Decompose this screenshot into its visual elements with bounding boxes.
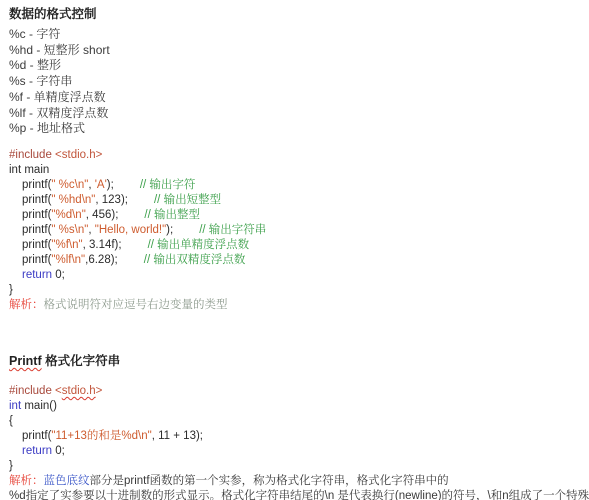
analysis-label: 解析： (9, 475, 44, 487)
analysis-line-3: %d指定了实参要以十进制数的形式显示。格式化字符串结尾的\n 是代表换行(new… (9, 489, 589, 500)
code-token-keyword: return (22, 445, 52, 457)
code-token-plain: } (9, 460, 13, 472)
code-token-plain: printf( (22, 239, 51, 251)
code-token-plain: printf( (22, 224, 51, 236)
format-spec-item: %d - 整形 (9, 58, 589, 74)
analysis-line-2: 解析：蓝色底纹部分是printf函数的第一个实参，称为格式化字符串，格式化字符串… (9, 474, 589, 489)
analysis-text: 格式说明符对应逗号右边变量的类型 (44, 299, 228, 311)
code-line: printf("%f\n", 3.14f);// 输出单精度浮点数 (9, 238, 589, 253)
code-token-plain: ); (107, 179, 114, 191)
code-token-string: "%f\n" (51, 239, 82, 251)
document-page: 数据的格式控制 %c - 字符%hd - 短整形 short%d - 整形%s … (0, 0, 589, 500)
code-token-string: " %c\n" (51, 179, 88, 191)
section-data-format-control: 数据的格式控制 %c - 字符%hd - 短整形 short%d - 整形%s … (9, 6, 589, 313)
format-spec-item: %s - 字符串 (9, 74, 589, 90)
code-line: #include <stdio.h> (9, 148, 589, 163)
code-token-keyword: return (22, 269, 52, 281)
code-token-plain: , 3.14f); (83, 239, 122, 251)
code-token-string: " %s\n" (51, 224, 88, 236)
code-token-string: " %hd\n" (51, 194, 95, 206)
code-block-1: #include <stdio.h>int mainprintf(" %c\n"… (9, 148, 589, 298)
code-line: #include <stdio.h> (9, 384, 589, 399)
code-line: { (9, 414, 589, 429)
code-token-string: "11+13的和是%d\n" (51, 430, 151, 442)
section2-title-en: Printf (9, 354, 42, 368)
code-token-plain: 0; (52, 445, 65, 457)
code-token-comment: // 输出双精度浮点数 (144, 254, 246, 266)
format-spec-item: %f - 单精度浮点数 (9, 90, 589, 106)
code-token-plain: printf( (22, 179, 51, 191)
format-specifier-list: %c - 字符%hd - 短整形 short%d - 整形%s - 字符串%f … (9, 27, 589, 137)
code-token-comment: // 输出字符串 (199, 224, 266, 236)
code-token-directive: #include (9, 385, 55, 397)
code-token-plain: } (9, 284, 13, 296)
code-token-directive: #include (9, 149, 55, 161)
code-token-plain: printf( (22, 430, 51, 442)
code-token-header: <stdio.h> (55, 149, 102, 161)
code-line: int main() (9, 399, 589, 414)
code-token-comment: // 输出整型 (144, 209, 200, 221)
format-spec-item: %hd - 短整形 short (9, 43, 589, 59)
format-spec-item: %p - 地址格式 (9, 121, 589, 137)
code-line: printf("%lf\n",6.28);// 输出双精度浮点数 (9, 253, 589, 268)
code-token-plain: 0; (52, 269, 65, 281)
code-token-plain: { (9, 415, 13, 427)
code-token-plain: , 123); (95, 194, 128, 206)
code-token-string: "%lf\n" (51, 254, 85, 266)
code-line: return 0; (9, 268, 589, 283)
code-token-string: 'A' (95, 179, 107, 191)
code-token-plain: printf( (22, 254, 51, 266)
analysis-line-1: 解析：格式说明符对应逗号右边变量的类型 (9, 298, 589, 313)
code-token-plain: printf( (22, 194, 51, 206)
code-token-header: > (96, 385, 103, 397)
code-line: return 0; (9, 444, 589, 459)
code-token-string: "Hello, world!" (95, 224, 166, 236)
code-token-keyword: int (9, 400, 21, 412)
code-token-plain: ,6.28); (85, 254, 118, 266)
analysis-text: 部分是printf函数的第一个实参，称为格式化字符串，格式化字符串中的 (90, 475, 449, 487)
section2-title: Printf 格式化字符串 (9, 353, 589, 369)
code-token-plain: printf( (22, 209, 51, 221)
code-line: printf("%d\n", 456);// 输出整型 (9, 208, 589, 223)
format-spec-item: %lf - 双精度浮点数 (9, 106, 589, 122)
code-line: printf(" %c\n", 'A');// 输出字符 (9, 178, 589, 193)
code-line: printf("11+13的和是%d\n", 11 + 13); (9, 429, 589, 444)
code-token-plain: ); (166, 224, 173, 236)
analysis-blue-phrase: 蓝色底纹 (44, 475, 90, 487)
code-line: int main (9, 163, 589, 178)
code-token-string: "%d\n" (51, 209, 85, 221)
code-token-header: < (55, 385, 62, 397)
code-token-plain: , 456); (86, 209, 119, 221)
format-spec-item: %c - 字符 (9, 27, 589, 43)
code-token-plain: main() (21, 400, 57, 412)
code-token-comment: // 输出短整型 (154, 194, 221, 206)
code-line: } (9, 283, 589, 298)
code-line: printf(" %hd\n", 123);// 输出短整型 (9, 193, 589, 208)
code-token-plain: int main (9, 164, 49, 176)
code-line: } (9, 459, 589, 474)
code-token-comment: // 输出字符 (140, 179, 196, 191)
code-block-2: #include <stdio.h>int main(){printf("11+… (9, 384, 589, 474)
code-token-plain: , 11 + 13); (152, 430, 203, 442)
section1-title: 数据的格式控制 (9, 6, 589, 22)
section-printf-format-string: Printf 格式化字符串 #include <stdio.h>int main… (9, 353, 589, 500)
code-line: printf(" %s\n", "Hello, world!");// 输出字符… (9, 223, 589, 238)
section2-title-zh: 格式化字符串 (42, 354, 120, 368)
analysis-label: 解析： (9, 299, 44, 311)
code-token-header_u: stdio.h (62, 385, 96, 397)
code-token-comment: // 输出单精度浮点数 (148, 239, 250, 251)
